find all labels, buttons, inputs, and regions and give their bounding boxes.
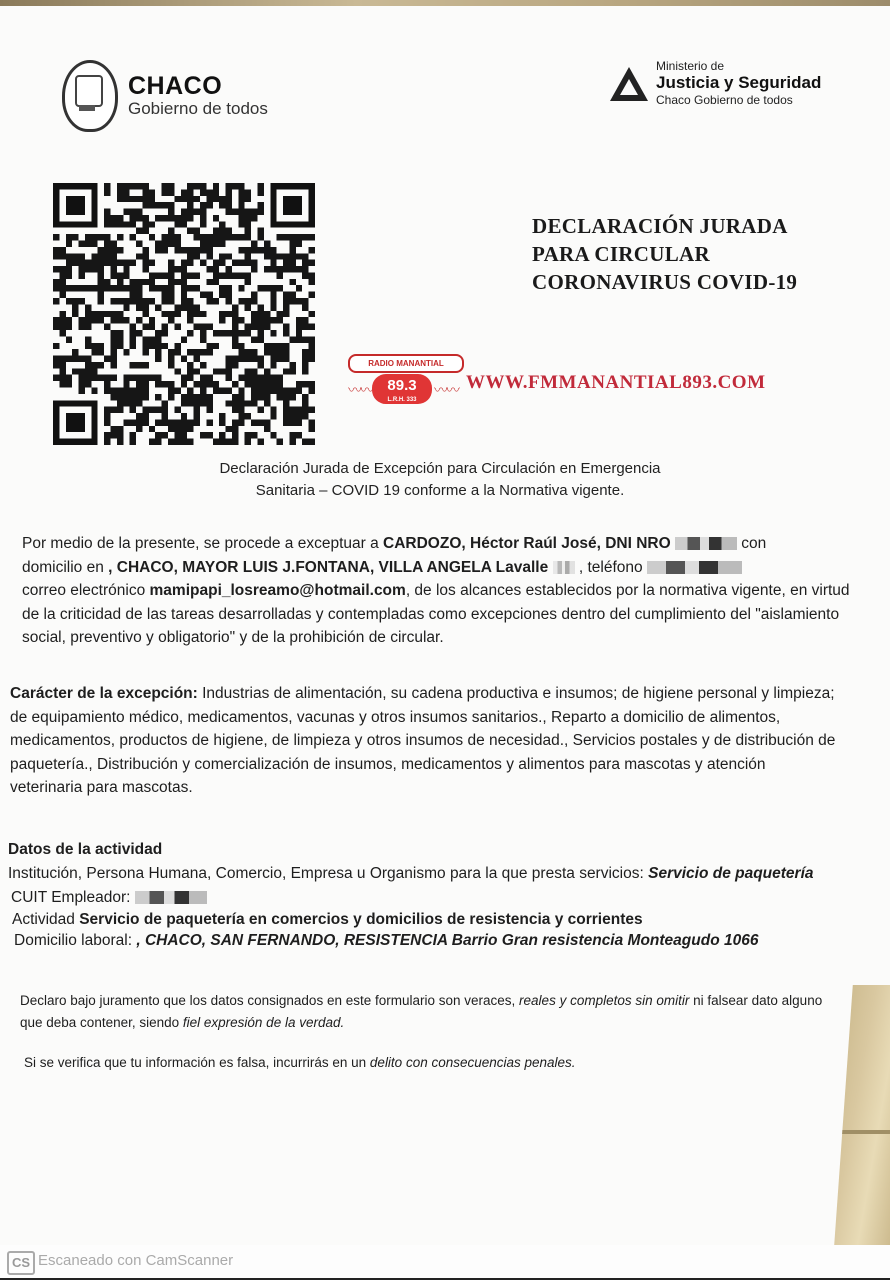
redacted-cuit xyxy=(135,891,207,904)
qr-code-icon xyxy=(48,183,320,445)
radio-url-link[interactable]: WWW.FMMANANTIAL893.COM xyxy=(466,372,766,394)
workplace-value: , CHACO, SAN FERNANDO, RESISTENCIA Barri… xyxy=(136,932,758,949)
chaco-logo-subtitle: Gobierno de todos xyxy=(128,99,268,119)
scanned-document: CHACO Gobierno de todos Ministerio de Ju… xyxy=(0,0,890,1245)
intro-paragraph: Por medio de la presente, se procede a e… xyxy=(22,532,852,650)
activity-row: Actividad Servicio de paquetería en come… xyxy=(12,910,848,930)
person-name: CARDOZO, Héctor Raúl José, DNI NRO xyxy=(383,535,671,552)
sound-wave-icon: 〰〰 xyxy=(434,380,458,400)
legal-warning: Si se verifica que tu información es fal… xyxy=(24,1052,844,1074)
radio-frequency-badge: 89.3 L.R.H. 333 xyxy=(372,374,432,404)
radio-logo: RADIO MANANTIAL 〰〰 89.3 L.R.H. 333 〰〰 xyxy=(348,354,458,406)
activity-heading: Datos de la actividad xyxy=(8,838,848,862)
document-title: DECLARACIÓN JURADA PARA CIRCULAR CORONAV… xyxy=(532,212,797,296)
ministry-triangle-logo-icon xyxy=(610,67,648,101)
document-subtitle: Declaración Jurada de Excepción para Cir… xyxy=(180,458,700,502)
home-address: , CHACO, MAYOR LUIS J.FONTANA, VILLA ANG… xyxy=(108,559,548,576)
exception-label: Carácter de la excepción: xyxy=(10,685,198,702)
provincial-coat-of-arms-icon xyxy=(62,60,118,132)
title-line-3: CORONAVIRUS COVID-19 xyxy=(532,268,797,296)
ministry-logo: Ministerio de Justicia y Seguridad Chaco… xyxy=(610,60,821,107)
redacted-dni xyxy=(675,537,737,550)
title-line-1: DECLARACIÓN JURADA xyxy=(532,212,797,240)
redacted-house-number xyxy=(553,561,575,574)
chaco-logo: CHACO Gobierno de todos xyxy=(62,60,268,132)
radio-frequency: 89.3 xyxy=(387,377,416,394)
title-line-2: PARA CIRCULAR xyxy=(532,240,797,268)
cuit-row: CUIT Empleador: xyxy=(11,886,848,910)
radio-name: RADIO MANANTIAL xyxy=(348,354,464,373)
activity-section: Datos de la actividad Institución, Perso… xyxy=(8,838,848,952)
camscanner-logo-icon: CS xyxy=(7,1251,35,1275)
workplace-row: Domicilio laboral: , CHACO, SAN FERNANDO… xyxy=(14,930,848,952)
employer-row: Institución, Persona Humana, Comercio, E… xyxy=(8,862,848,886)
scan-edge xyxy=(0,0,890,6)
redacted-phone xyxy=(647,561,742,574)
subtitle-line-2: Sanitaria – COVID 19 conforme a la Norma… xyxy=(180,480,700,502)
camscanner-watermark: Escaneado con CamScanner xyxy=(38,1252,233,1269)
ministry-line1: Ministerio de xyxy=(656,60,821,73)
ministry-line2: Justicia y Seguridad xyxy=(656,73,821,93)
subtitle-line-1: Declaración Jurada de Excepción para Cir… xyxy=(180,458,700,480)
ministry-line3: Chaco Gobierno de todos xyxy=(656,93,821,107)
email-address: mamipapi_losreamo@hotmail.com xyxy=(150,582,406,599)
radio-frequency-sub: L.R.H. 333 xyxy=(372,397,432,403)
exception-paragraph: Carácter de la excepción: Industrias de … xyxy=(10,682,840,800)
activity-value: Servicio de paquetería en comercios y do… xyxy=(79,911,642,928)
sound-wave-icon: 〰〰 xyxy=(348,380,372,400)
employer-value: Servicio de paquetería xyxy=(648,865,813,882)
camscanner-footer: CS Escaneado con CamScanner xyxy=(0,1245,890,1280)
declaration-paragraph: Declaro bajo juramento que los datos con… xyxy=(20,990,840,1034)
chaco-logo-title: CHACO xyxy=(128,73,268,99)
